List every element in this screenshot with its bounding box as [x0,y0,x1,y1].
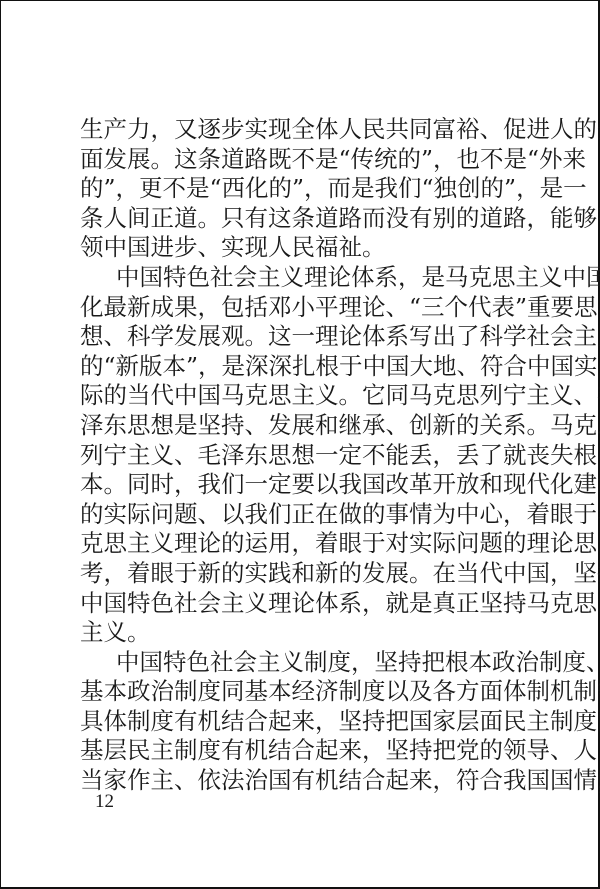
text-line: 中国特色社会主义理论体系，就是真正坚持马克思 [80,589,504,619]
text-line: 的实际问题、以我们正在做的事情为中心，着眼于马 [80,500,504,530]
text-line: 际的当代中国马克思主义。它同马克思列宁主义、毛 [80,381,504,411]
text-line: 泽东思想是坚持、发展和继承、创新的关系。马克思 [80,411,504,441]
text-line: 想、科学发展观。这一理论体系写出了科学社会主义 [80,322,504,352]
text-line: 面发展。这条道路既不是“传统的”，也不是“外来 [80,145,504,175]
text-line: 列宁主义、毛泽东思想一定不能丢，丢了就丧失根 [80,441,504,471]
text-line: 考，着眼于新的实践和新的发展。在当代中国，坚持 [80,559,504,589]
text-line: 领中国进步、实现人民福祉。 [80,233,504,263]
text-line: 中国特色社会主义制度，坚持把根本政治制度、 [80,648,504,678]
text-line: 中国特色社会主义理论体系，是马克思主义中国 [80,263,504,293]
text-line: 本。同时，我们一定要以我国改革开放和现代化建设 [80,470,504,500]
text-line: 基层民主制度有机结合起来，坚持把党的领导、人民 [80,736,504,766]
text-line: 的”，更不是“西化的”，而是我们“独创的”，是一 [80,174,504,204]
paragraph-1-continued: 生产力，又逐步实现全体人民共同富裕、促进人的全 面发展。这条道路既不是“传统的”… [80,115,504,263]
paragraph-2: 中国特色社会主义理论体系，是马克思主义中国 化最新成果，包括邓小平理论、“三个代… [80,263,504,648]
book-page: 生产力，又逐步实现全体人民共同富裕、促进人的全 面发展。这条道路既不是“传统的”… [0,0,600,889]
text-line: 条人间正道。只有这条道路而没有别的道路，能够引 [80,204,504,234]
paragraph-3: 中国特色社会主义制度，坚持把根本政治制度、 基本政治制度同基本经济制度以及各方面… [80,648,504,796]
text-line: 化最新成果，包括邓小平理论、“三个代表”重要思 [80,293,504,323]
text-line: 具体制度有机结合起来，坚持把国家层面民主制度同 [80,707,504,737]
body-text: 生产力，又逐步实现全体人民共同富裕、促进人的全 面发展。这条道路既不是“传统的”… [80,115,504,796]
text-line: 克思主义理论的运用，着眼于对实际问题的理论思 [80,529,504,559]
text-line: 生产力，又逐步实现全体人民共同富裕、促进人的全 [80,115,504,145]
text-line: 当家作主、依法治国有机结合起来，符合我国国情， [80,766,504,796]
text-line: 的“新版本”，是深深扎根于中国大地、符合中国实 [80,352,504,382]
text-line: 基本政治制度同基本经济制度以及各方面体制机制等 [80,677,504,707]
text-line: 主义。 [80,618,504,648]
page-number: 12 [95,791,114,813]
